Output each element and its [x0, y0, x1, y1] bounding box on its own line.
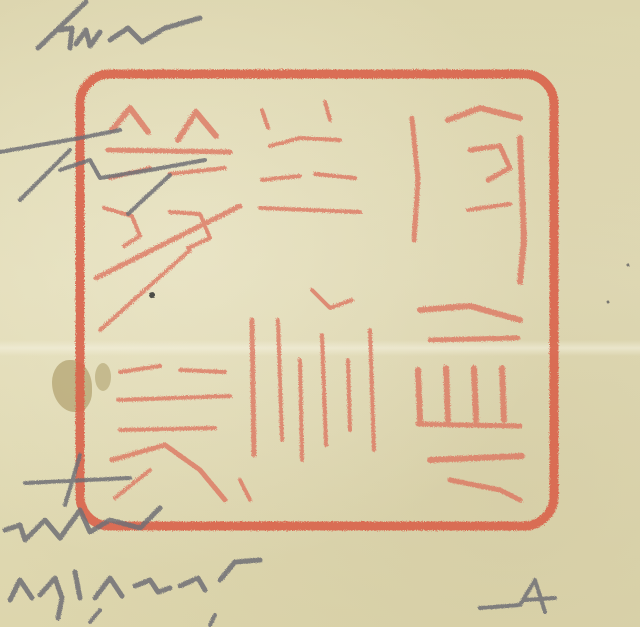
pencil-handwriting [0, 2, 630, 625]
seal-photograph: Photograph of a red square Chinese seal … [0, 0, 640, 627]
seal-and-handwriting [0, 0, 640, 627]
seal-characters [96, 102, 524, 500]
